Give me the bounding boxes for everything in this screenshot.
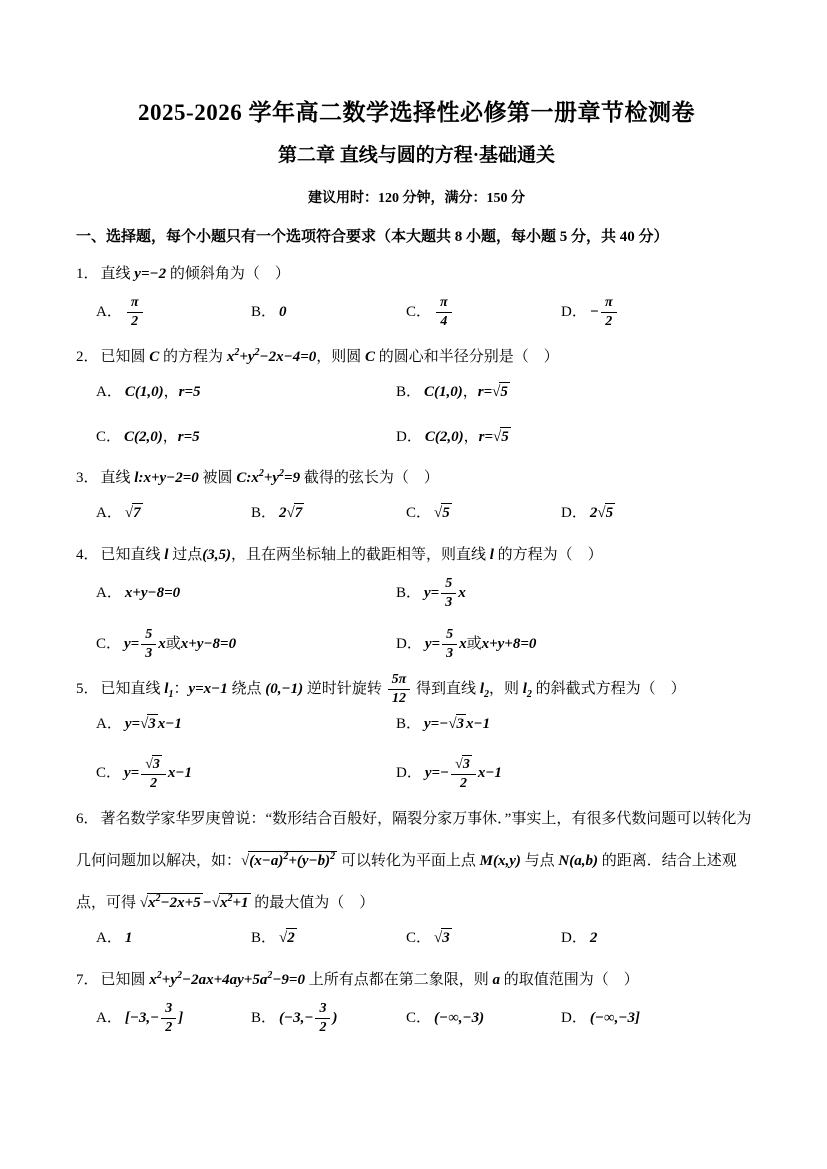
text-run: √3 <box>141 755 166 776</box>
square-root: √3 <box>455 755 472 774</box>
question-1-option-A: A．π2 <box>96 295 251 330</box>
square-root: √3 <box>434 924 452 953</box>
text-run: ] <box>178 1010 183 1026</box>
text-run: M(x,y) <box>480 853 521 869</box>
text-run: +(y−b) <box>288 853 330 869</box>
question-4-stem: 4．已知直线 l 过点(3,5)，且在两坐标轴上的截距相等，则直线 l 的方程为… <box>76 534 757 576</box>
text-run: ) <box>332 1010 337 1026</box>
text-run: C(2,0) <box>124 429 163 445</box>
question-2-stem: 2．已知圆 C 的方程为 x2+y2−2x−4=0，则圆 C 的圆心和半径分别是… <box>76 336 757 378</box>
fraction: 53 <box>141 627 156 662</box>
text-run: y=x−1 <box>188 681 227 697</box>
option-label: A． <box>96 1010 122 1026</box>
question-2-option-A: A．C(1,0)，r=5 <box>96 378 396 407</box>
text-run: (−∞,−3) <box>434 1010 484 1026</box>
square-root: √2 <box>279 924 297 953</box>
option-label: A． <box>96 716 122 732</box>
text-run: C <box>149 349 159 365</box>
text-run: −9=0 <box>272 972 305 988</box>
question-1-option-C: C．π4 <box>406 295 561 330</box>
question-4-option-A: A．x+y−8=0 <box>96 579 396 608</box>
text-run: r= <box>478 384 492 400</box>
text-run: 3 <box>161 1001 176 1019</box>
square-root: √3 <box>140 710 158 739</box>
text-run: y= <box>125 716 140 732</box>
text-run: 2 <box>127 313 142 330</box>
section-header: 一、选择题，每个小题只有一个选项符合要求（本大题共 8 小题，每小题 5 分，共… <box>76 225 757 249</box>
text-run: 5 <box>605 503 616 523</box>
text-run: y= <box>124 765 139 781</box>
question-1-option-B: B．0 <box>251 298 406 327</box>
question-7-options: A．[−3,−32]B．(−3,−32)C．(−∞,−3)D．(−∞,−3] <box>96 1001 716 1036</box>
question-2: 2．已知圆 C 的方程为 x2+y2−2x−4=0，则圆 C 的圆心和半径分别是… <box>76 336 757 451</box>
option-label: D． <box>561 304 587 320</box>
option-label: D． <box>396 765 422 781</box>
option-label: A． <box>96 585 122 601</box>
square-root: √5 <box>493 423 511 452</box>
fraction: √32 <box>451 755 476 793</box>
text-run: a <box>493 972 501 988</box>
question-6-option-A: A．1 <box>96 924 251 953</box>
question-number: 4． <box>76 547 99 563</box>
text-run: 4 <box>436 313 451 330</box>
option-label: A． <box>96 505 122 521</box>
question-6-option-B: B．√2 <box>251 924 406 953</box>
text-run: 2 <box>601 313 616 330</box>
text-run: C <box>365 349 375 365</box>
text-run: x2−2x+5 <box>147 893 203 913</box>
text-run: l <box>490 547 494 563</box>
text-run: − <box>590 304 599 320</box>
text-run: √3 <box>451 755 476 776</box>
text-run: x2+1 <box>219 893 251 913</box>
question-5-option-B: B．y=−√3x−1 <box>396 710 696 739</box>
text-run: x−1 <box>466 716 490 732</box>
text-run: π <box>601 295 617 313</box>
fraction: 53 <box>441 576 456 611</box>
square-root: √x2+1 <box>212 882 251 924</box>
text-run: 5 <box>141 627 156 645</box>
fraction: 32 <box>161 1001 176 1036</box>
question-3-option-A: A．√7 <box>96 499 251 528</box>
question-1-options: A．π2B．0C．π4D．−π2 <box>96 295 716 330</box>
question-4: 4．已知直线 l 过点(3,5)，且在两坐标轴上的截距相等，则直线 l 的方程为… <box>76 534 757 662</box>
option-label: A． <box>96 930 122 946</box>
text-run: 12 <box>388 690 410 707</box>
option-label: B． <box>251 1010 276 1026</box>
text-run: 1 <box>168 689 173 700</box>
text-run: x−1 <box>158 716 182 732</box>
text-run: y=−2 <box>134 266 166 282</box>
option-label: B． <box>251 505 276 521</box>
text-run: y=− <box>425 765 449 781</box>
text-run: 0 <box>279 304 287 320</box>
text-run: x <box>158 636 166 652</box>
square-root: √5 <box>492 378 510 407</box>
text-run: 5 <box>441 576 456 594</box>
question-7-option-C: C．(−∞,−3) <box>406 1004 561 1033</box>
text-run: 3 <box>152 755 162 774</box>
text-run: (x−a)2+(y−b)2 <box>248 851 337 871</box>
question-7-option-B: B．(−3,−32) <box>251 1001 406 1036</box>
text-run: =9 <box>284 470 300 486</box>
question-6-options: A．1B．√2C．√3D．2 <box>96 924 716 953</box>
option-label: D． <box>396 429 422 445</box>
text-run: y= <box>124 636 139 652</box>
questions: 1．直线 y=−2 的倾斜角为（ ）A．π2B．0C．π4D．−π22．已知圆 … <box>76 253 757 1036</box>
option-label: B． <box>251 304 276 320</box>
text-run: y=− <box>424 716 448 732</box>
exam-subtitle: 第二章 直线与圆的方程·基础通关 <box>76 140 757 167</box>
square-root: √3 <box>145 755 162 774</box>
text-run: N(a,b) <box>558 853 598 869</box>
fraction: π2 <box>127 295 143 330</box>
exam-title: 2025-2026 学年高二数学选择性必修第一册章节检测卷 <box>76 94 757 127</box>
text-run: r= <box>479 429 493 445</box>
text-run: x <box>458 585 466 601</box>
question-1-option-D: D．−π2 <box>561 295 716 330</box>
text-run: x+y+8=0 <box>482 636 537 652</box>
text-run: 5 <box>500 427 511 447</box>
question-6: 6．著名数学家华罗庚曾说：“数形结合百般好，隔裂分家万事休．”事实上，有很多代数… <box>76 798 757 953</box>
text-run: 7 <box>132 503 143 523</box>
text-run: +1 <box>232 895 248 911</box>
question-3-stem: 3．直线 l:x+y−2=0 被圆 C:x2+y2=9 截得的弦长为（ ） <box>76 457 757 499</box>
text-run: 1 <box>125 930 133 946</box>
question-6-stem: 6．著名数学家华罗庚曾说：“数形结合百般好，隔裂分家万事休．”事实上，有很多代数… <box>76 798 757 924</box>
question-3-option-C: C．√5 <box>406 499 561 528</box>
text-run: y= <box>424 585 439 601</box>
text-run: π <box>436 295 452 313</box>
question-5-option-A: A．y=√3x−1 <box>96 710 396 739</box>
text-run: 2 <box>286 928 297 948</box>
option-label: D． <box>561 1010 587 1026</box>
text-run: 3 <box>441 928 452 948</box>
text-run: −2x−4=0 <box>260 349 317 365</box>
text-run: 3 <box>147 714 158 734</box>
text-run: C(1,0) <box>125 384 164 400</box>
question-number: 6． <box>76 811 99 827</box>
question-number: 2． <box>76 349 99 365</box>
question-5: 5．已知直线 l1：y=x−1 绕点 (0,−1) 逆时针旋转 5π12 得到直… <box>76 668 757 792</box>
text-run: 3 <box>315 1001 330 1019</box>
option-label: D． <box>561 930 587 946</box>
option-label: C． <box>406 304 431 320</box>
question-2-option-C: C．C(2,0)，r=5 <box>96 423 396 452</box>
text-run: 2 <box>146 775 161 792</box>
fraction: 32 <box>315 1001 330 1036</box>
option-label: C． <box>406 505 431 521</box>
text-run: 2 <box>330 851 335 862</box>
fraction: π4 <box>436 295 452 330</box>
question-number: 1． <box>76 266 99 282</box>
question-1-stem: 1．直线 y=−2 的倾斜角为（ ） <box>76 253 757 295</box>
exam-page: 2025-2026 学年高二数学选择性必修第一册章节检测卷 第二章 直线与圆的方… <box>0 0 827 1036</box>
square-root: √7 <box>125 499 143 528</box>
text-run: 5 <box>499 382 510 402</box>
question-5-stem: 5．已知直线 l1：y=x−1 绕点 (0,−1) 逆时针旋转 5π12 得到直… <box>76 668 757 710</box>
question-7-option-A: A．[−3,−32] <box>96 1001 251 1036</box>
text-run: x <box>459 636 467 652</box>
question-3-option-B: B．2√7 <box>251 499 406 528</box>
fraction: √32 <box>141 755 166 793</box>
text-run: −3,− <box>130 1010 159 1026</box>
text-run: x+y−8=0 <box>181 636 236 652</box>
option-label: A． <box>96 384 122 400</box>
text-run: 2 <box>161 1019 176 1036</box>
question-3-option-D: D．2√5 <box>561 499 716 528</box>
question-6-option-C: C．√3 <box>406 924 561 953</box>
text-run: C(2,0) <box>425 429 464 445</box>
text-run: π <box>127 295 143 313</box>
square-root: √5 <box>434 499 452 528</box>
text-run: 2 <box>590 930 598 946</box>
fraction: 5π12 <box>388 672 411 707</box>
text-run: 2 <box>456 775 471 792</box>
question-7-stem: 7．已知圆 x2+y2−2ax+4ay+5a2−9=0 上所有点都在第二象限，则… <box>76 959 757 1001</box>
option-label: C． <box>96 636 121 652</box>
text-run: −2ax+4ay+5a <box>182 972 267 988</box>
text-run: 2 <box>484 689 489 700</box>
text-run: − <box>203 895 212 911</box>
text-run: −3,− <box>284 1010 313 1026</box>
text-run: r=5 <box>178 429 200 445</box>
question-4-options: A．x+y−8=0B．y=53xC．y=53x或x+y−8=0D．y=53x或x… <box>96 576 696 662</box>
text-run: l:x+y−2=0 <box>134 470 199 486</box>
text-run: (3,5) <box>202 547 231 563</box>
text-run: −2x+5 <box>161 895 201 911</box>
option-label: C． <box>96 429 121 445</box>
text-run: 2 <box>527 689 532 700</box>
question-2-option-D: D．C(2,0)，r=√5 <box>396 423 696 452</box>
text-run: C:x <box>236 470 259 486</box>
text-run: 3 <box>442 645 457 662</box>
text-run: x+y−8=0 <box>125 585 180 601</box>
option-label: D． <box>561 505 587 521</box>
option-label: B． <box>396 716 421 732</box>
square-root: √7 <box>287 499 305 528</box>
question-4-option-C: C．y=53x或x+y−8=0 <box>96 627 396 662</box>
text-run: 5 <box>441 503 452 523</box>
question-3-options: A．√7B．2√7C．√5D．2√5 <box>96 499 716 528</box>
text-run: +y <box>264 470 279 486</box>
option-label: C． <box>406 1010 431 1026</box>
text-run: +y <box>239 349 254 365</box>
square-root: √(x−a)2+(y−b)2 <box>241 840 337 882</box>
text-run: x <box>148 895 156 911</box>
text-run: 2 <box>315 1019 330 1036</box>
text-run: 7 <box>294 503 305 523</box>
text-run: (0,−1) <box>265 681 303 697</box>
question-6-option-D: D．2 <box>561 924 716 953</box>
text-run: r=5 <box>179 384 201 400</box>
text-run: x−1 <box>478 765 502 781</box>
square-root: √x2−2x+5 <box>140 882 203 924</box>
question-number: 5． <box>76 681 99 697</box>
question-1: 1．直线 y=−2 的倾斜角为（ ）A．π2B．0C．π4D．−π2 <box>76 253 757 330</box>
option-label: B． <box>251 930 276 946</box>
question-5-options: A．y=√3x−1B．y=−√3x−1C．y=√32x−1D．y=−√32x−1 <box>96 710 696 792</box>
question-number: 3． <box>76 470 99 486</box>
fraction: 53 <box>442 627 457 662</box>
text-run: 2 <box>590 505 598 521</box>
question-4-option-B: B．y=53x <box>396 576 696 611</box>
option-label: B． <box>396 384 421 400</box>
text-run: (−∞,−3] <box>590 1010 640 1026</box>
text-run: 3 <box>456 714 467 734</box>
option-label: B． <box>396 585 421 601</box>
question-3: 3．直线 l:x+y−2=0 被圆 C:x2+y2=9 截得的弦长为（ ）A．√… <box>76 457 757 528</box>
text-run: (x−a) <box>249 853 283 869</box>
option-label: D． <box>396 636 422 652</box>
question-5-option-C: C．y=√32x−1 <box>96 755 396 793</box>
question-2-option-B: B．C(1,0)，r=√5 <box>396 378 696 407</box>
text-run: y= <box>425 636 440 652</box>
option-label: C． <box>96 765 121 781</box>
question-7-option-D: D．(−∞,−3] <box>561 1004 716 1033</box>
text-run: l <box>164 547 168 563</box>
text-run: x <box>149 972 157 988</box>
question-7: 7．已知圆 x2+y2−2ax+4ay+5a2−9=0 上所有点都在第二象限，则… <box>76 959 757 1036</box>
square-root: √5 <box>597 499 615 528</box>
text-run: 5π <box>388 672 411 690</box>
text-run: x−1 <box>168 765 192 781</box>
question-4-option-D: D．y=53x或x+y+8=0 <box>396 627 696 662</box>
question-number: 7． <box>76 972 99 988</box>
text-run: 3 <box>141 645 156 662</box>
question-2-options: A．C(1,0)，r=5B．C(1,0)，r=√5C．C(2,0)，r=5D．C… <box>96 378 696 451</box>
text-run: +y <box>162 972 177 988</box>
square-root: √3 <box>448 710 466 739</box>
text-run: C(1,0) <box>424 384 463 400</box>
text-run: 5 <box>442 627 457 645</box>
text-run: 2 <box>279 505 287 521</box>
text-run: 3 <box>441 594 456 611</box>
fraction: π2 <box>601 295 617 330</box>
option-label: C． <box>406 930 431 946</box>
exam-meta: 建议用时：120 分钟，满分：150 分 <box>76 187 757 207</box>
question-5-option-D: D．y=−√32x−1 <box>396 755 696 793</box>
option-label: A． <box>96 304 122 320</box>
text-run: 3 <box>462 755 472 774</box>
